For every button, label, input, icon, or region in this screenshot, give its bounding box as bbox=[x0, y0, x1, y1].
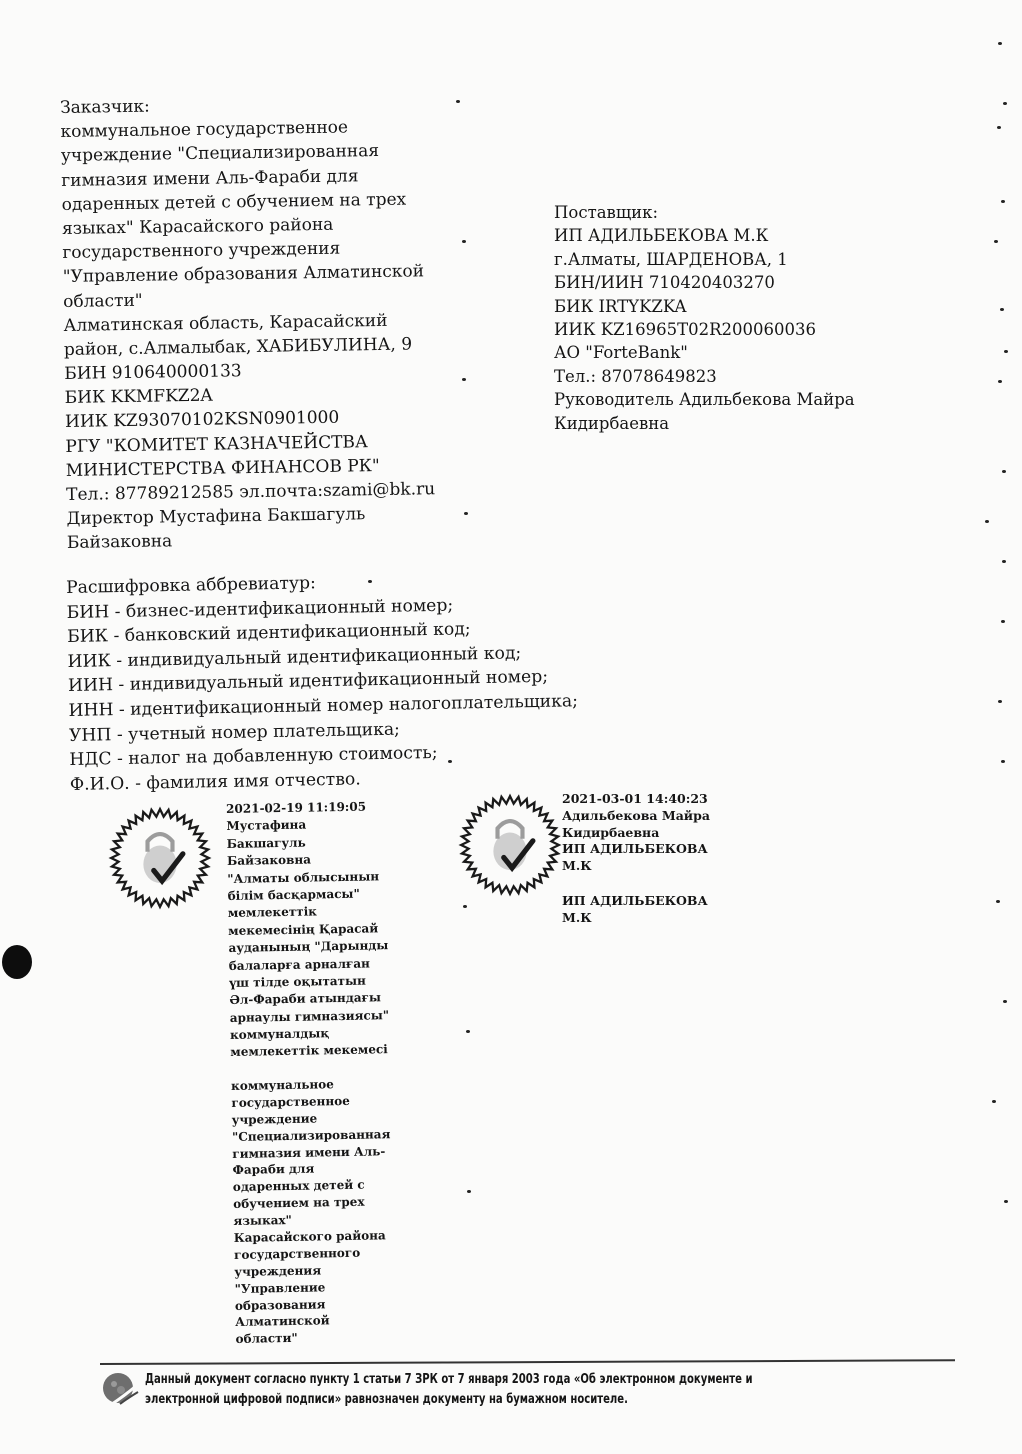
supplier-detail-line: ИИК KZ16965T02R200060036 bbox=[554, 322, 855, 345]
signature-2-details: 2021-03-01 14:40:23 Адильбекова МайраКид… bbox=[562, 793, 710, 929]
supplier-detail-line: БИК IRTYKZKA bbox=[554, 299, 855, 322]
scan-speck bbox=[1001, 200, 1005, 203]
customer-detail-line: Байзаковна bbox=[67, 530, 436, 560]
digital-signature-seal-icon bbox=[108, 806, 212, 910]
signature-2-line: М.К bbox=[562, 860, 710, 877]
supplier-detail-line: Тел.: 87078649823 bbox=[554, 369, 855, 392]
legal-notice-line: Данный документ согласно пункту 1 статьи… bbox=[145, 1373, 753, 1393]
scan-speck bbox=[368, 580, 372, 583]
scan-speck bbox=[996, 900, 1000, 903]
scan-speck bbox=[462, 240, 466, 243]
scan-speck bbox=[448, 760, 452, 763]
scan-speck bbox=[462, 378, 466, 381]
scan-speck bbox=[463, 905, 467, 908]
signature-1-organization: коммунальноегосударственноеучреждение"Сп… bbox=[231, 1077, 394, 1350]
scan-speck bbox=[464, 512, 468, 515]
abbreviations-block: Расшифровка аббревиатур: БИН - бизнес-ид… bbox=[66, 570, 580, 801]
digital-signature-seal-icon bbox=[458, 793, 562, 897]
scan-speck bbox=[1001, 620, 1005, 623]
signature-1-org-line: области" bbox=[235, 1331, 394, 1351]
scan-speck bbox=[1004, 350, 1008, 353]
scan-speck bbox=[1001, 760, 1005, 763]
supplier-detail-line: Кидирбаевна bbox=[554, 416, 855, 439]
supplier-detail-line: г.Алматы, ШАРДЕНОВА, 1 bbox=[554, 252, 855, 275]
supplier-detail-line: ИП АДИЛЬБЕКОВА М.К bbox=[554, 228, 855, 251]
scan-speck bbox=[1003, 102, 1007, 105]
supplier-detail-line: Руководитель Адильбекова Майра bbox=[554, 392, 855, 415]
scan-speck bbox=[1000, 308, 1004, 311]
scan-speck bbox=[1002, 560, 1006, 563]
scan-speck bbox=[998, 380, 1002, 383]
signature-2-org-line: М.К bbox=[562, 912, 710, 929]
signature-1-details: 2021-02-19 11:19:05 МустафинаБакшагульБа… bbox=[226, 800, 390, 1064]
footer-divider bbox=[100, 1359, 955, 1365]
supplier-block: Поставщик: ИП АДИЛЬБЕКОВА М.Кг.Алматы, Ш… bbox=[554, 205, 855, 439]
supplier-detail-line: БИН/ИИН 710420403270 bbox=[554, 275, 855, 298]
scan-speck bbox=[985, 520, 989, 523]
supplier-heading: Поставщик: bbox=[554, 205, 855, 228]
scan-speck bbox=[994, 240, 998, 243]
scan-speck bbox=[998, 700, 1002, 703]
supplier-detail-line: АО "ForteBank" bbox=[554, 345, 855, 368]
legal-notice: Данный документ согласно пункту 1 статьи… bbox=[145, 1373, 753, 1413]
scan-speck bbox=[456, 100, 460, 103]
scan-speck bbox=[992, 1100, 996, 1103]
scan-speck bbox=[997, 126, 1001, 129]
customer-block: Заказчик: коммунальное государственноеуч… bbox=[60, 94, 436, 559]
legal-notice-line: электронной цифровой подписи» равнозначе… bbox=[145, 1393, 753, 1413]
signature-1-line: мемлекеттік мекемесі bbox=[230, 1044, 390, 1064]
document-page: Заказчик: коммунальное государственноеуч… bbox=[0, 0, 1022, 1454]
scan-speck bbox=[998, 42, 1002, 45]
scan-speck bbox=[466, 1030, 470, 1033]
scan-speck bbox=[1003, 1000, 1007, 1003]
scan-speck bbox=[1004, 1200, 1008, 1203]
scan-speck bbox=[467, 1190, 471, 1193]
egov-stamp-icon bbox=[100, 1370, 140, 1406]
scan-speck bbox=[1002, 470, 1006, 473]
scan-hole-punch-mark bbox=[2, 945, 32, 979]
